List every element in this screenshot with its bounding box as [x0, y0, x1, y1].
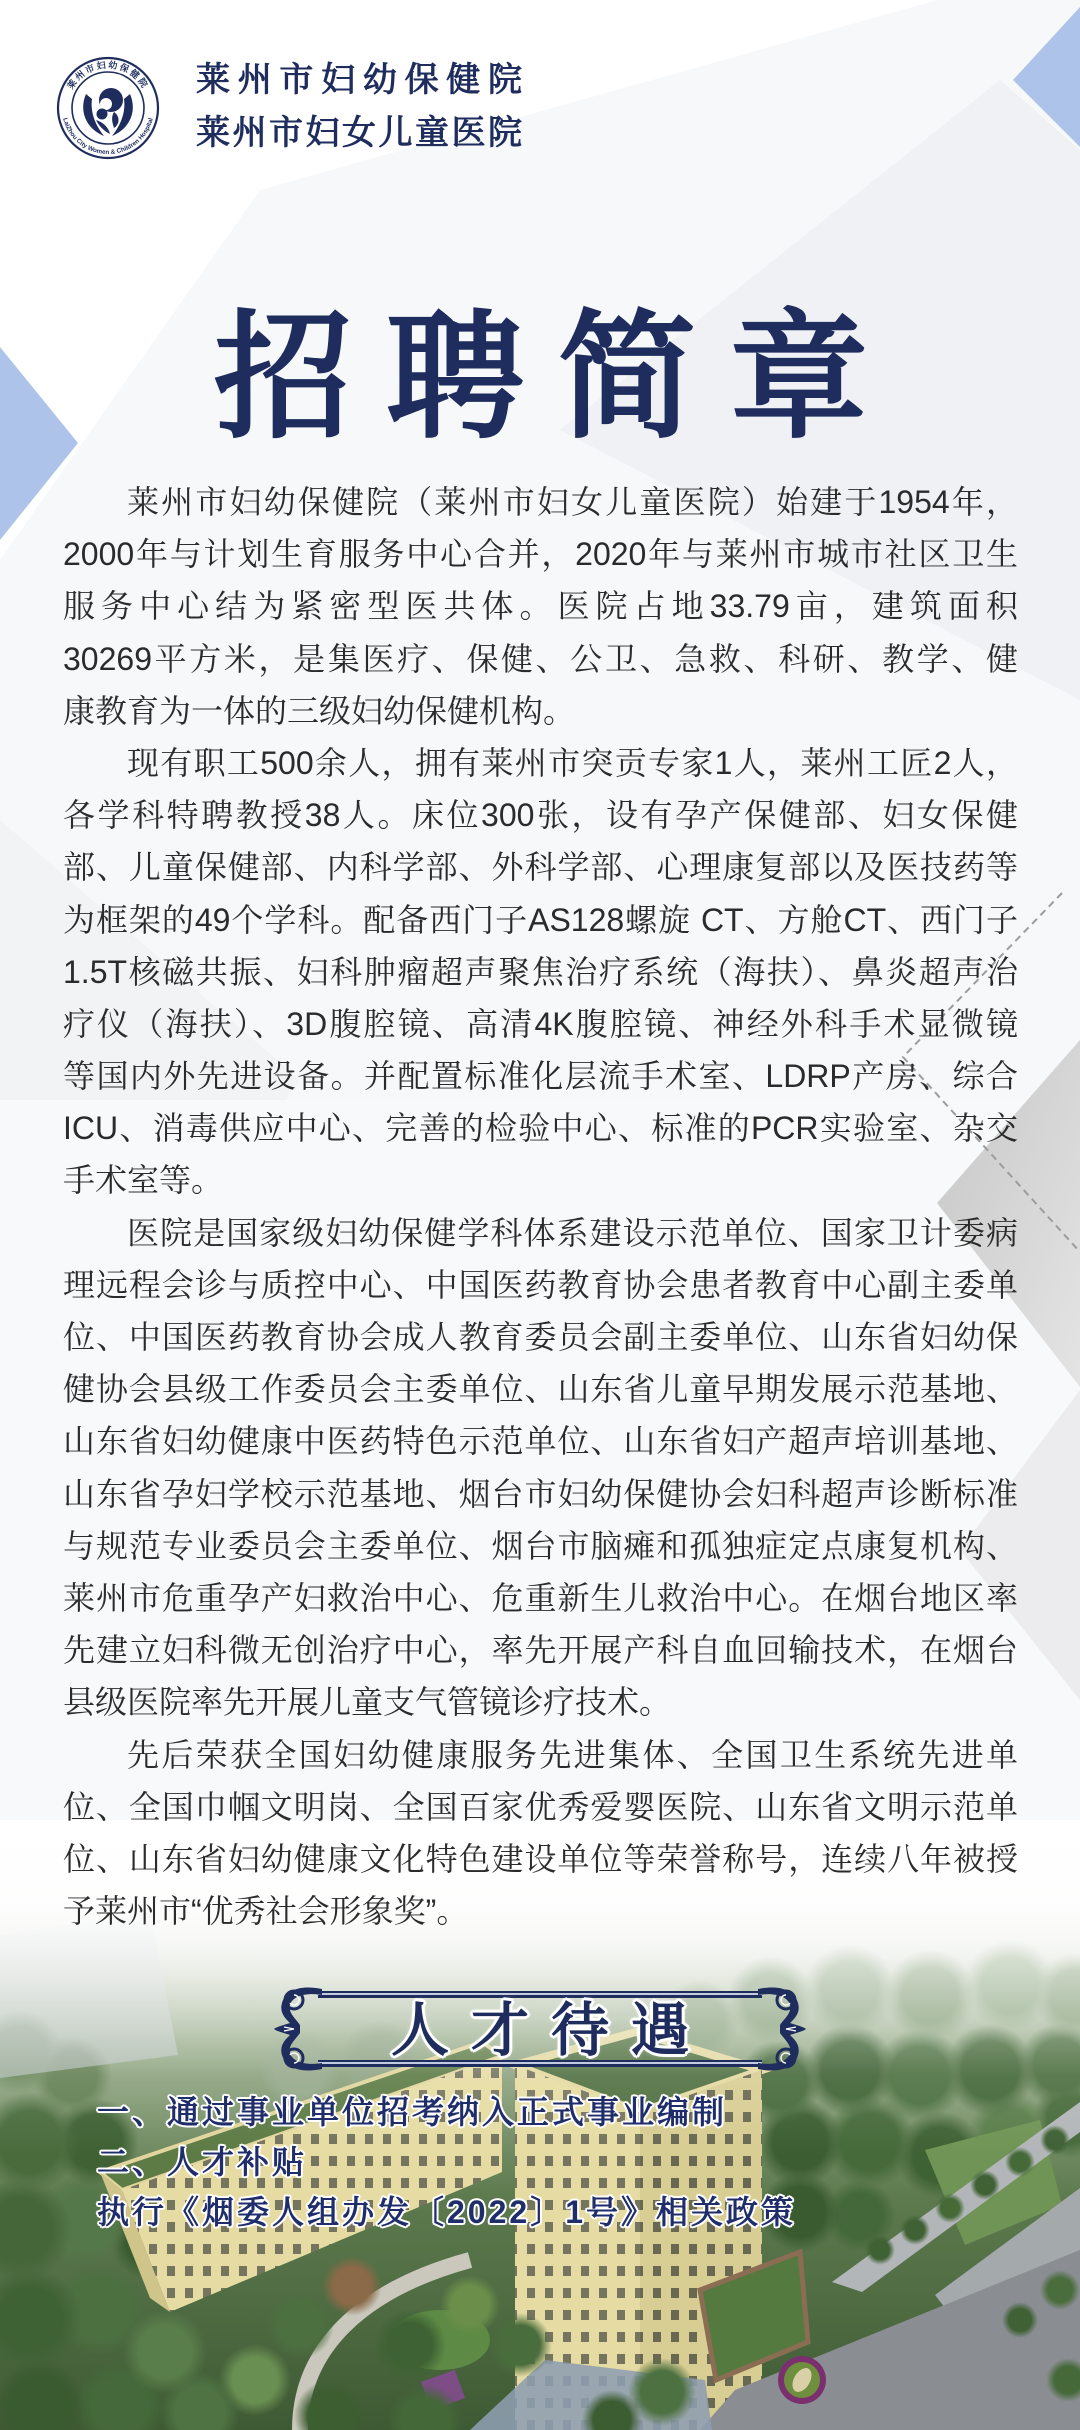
paragraph-line: 服务中心结为紧密型医共体。医院占地33.79亩，建筑面积	[63, 580, 1018, 632]
paragraph-line: 康教育为一体的三级妇幼保健机构。	[63, 685, 1018, 737]
intro-paragraph-history: 莱州市妇幼保健院（莱州市妇女儿童医院）始建于1954年， 2000年与计划生育服…	[63, 476, 1018, 737]
banner-rule-top	[318, 1991, 762, 1998]
institution-names: 莱州市妇幼保健院 莱州市妇女儿童医院	[196, 54, 522, 160]
paragraph-line: 山东省妇幼健康中医药特色示范单位、山东省妇产超声培训基地、	[63, 1415, 1018, 1467]
scroll-ornament-right-icon	[756, 1983, 808, 2075]
institution-name-primary: 莱州市妇幼保健院	[196, 54, 522, 107]
intro-paragraph-honors: 先后荣获全国妇幼健康服务先进集体、全国卫生系统先进单 位、全国巾帼文明岗、全国百…	[63, 1729, 1018, 1938]
paragraph-line: ICU、消毒供应中心、完善的检验中心、标准的PCR实验室、杂交	[63, 1102, 1018, 1154]
paragraph-line: 健协会县级工作委员会主委单位、山东省儿童早期发展示范基地、	[63, 1363, 1018, 1415]
paragraph-line: 位、全国巾帼文明岗、全国百家优秀爱婴医院、山东省文明示范单	[63, 1781, 1018, 1833]
paragraph-line: 莱州市危重孕产妇救治中心、危重新生儿救治中心。在烟台地区率	[63, 1572, 1018, 1624]
scroll-ornament-left-icon	[272, 1983, 324, 2075]
paragraph-line: 各学科特聘教授38人。床位300张，设有孕产保健部、妇女保健	[63, 789, 1018, 841]
hospital-introduction: 莱州市妇幼保健院（莱州市妇女儿童医院）始建于1954年， 2000年与计划生育服…	[63, 476, 1018, 1937]
paragraph-line: 位、山东省妇幼健康文化特色建设单位等荣誉称号，连续八年被授	[63, 1833, 1018, 1885]
intro-paragraph-designations: 医院是国家级妇幼保健学科体系建设示范单位、国家卫计委病 理远程会诊与质控中心、中…	[63, 1207, 1018, 1729]
benefit-item: 二、人才补贴	[97, 2137, 796, 2187]
intro-paragraph-staff-equipment: 现有职工500余人，拥有莱州市突贡专家1人，莱州工匠2人， 各学科特聘教授38人…	[63, 737, 1018, 1207]
paragraph-line: 2000年与计划生育服务中心合并，2020年与莱州市城市社区卫生	[63, 528, 1018, 580]
recruitment-poster: 莱州市妇幼保健院 LaiZhou City Women & Children H…	[0, 0, 1080, 2430]
paragraph-line: 理远程会诊与质控中心、中国医药教育协会患者教育中心副主委单	[63, 1259, 1018, 1311]
institution-name-secondary: 莱州市妇女儿童医院	[196, 107, 522, 160]
paragraph-line: 部、儿童保健部、内科学部、外科学部、心理康复部以及医技药等	[63, 841, 1018, 893]
paragraph-line: 手术室等。	[63, 1154, 1018, 1206]
paragraph-line: 医院是国家级妇幼保健学科体系建设示范单位、国家卫计委病	[63, 1207, 1018, 1259]
paragraph-line: 县级医院率先开展儿童支气管镜诊疗技术。	[63, 1676, 1018, 1728]
benefit-item: 一、通过事业单位招考纳入正式事业编制	[97, 2087, 796, 2137]
paragraph-line: 位、中国医药教育协会成人教育委员会副主委单位、山东省妇幼保	[63, 1311, 1018, 1363]
paragraph-line: 疗仪（海扶）、3D腹腔镜、高清4K腹腔镜、神经外科手术显微镜	[63, 998, 1018, 1050]
paragraph-line: 予莱州市“优秀社会形象奖”。	[63, 1885, 1018, 1937]
paragraph-line: 现有职工500余人，拥有莱州市突贡专家1人，莱州工匠2人，	[63, 737, 1018, 789]
paragraph-line: 先建立妇科微无创治疗中心，率先开展产科自血回输技术，在烟台	[63, 1624, 1018, 1676]
paragraph-line: 等国内外先进设备。并配置标准化层流手术室、LDRP产房、综合	[63, 1050, 1018, 1102]
paragraph-line: 与规范专业委员会主委单位、烟台市脑瘫和孤独症定点康复机构、	[63, 1520, 1018, 1572]
paragraph-line: 先后荣获全国妇幼健康服务先进集体、全国卫生系统先进单	[63, 1729, 1018, 1781]
paragraph-line: 山东省孕妇学校示范基地、烟台市妇幼保健协会妇科超声诊断标准	[63, 1468, 1018, 1520]
paragraph-line: 为框架的49个学科。配备西门子AS128螺旋 CT、方舱CT、西门子	[63, 894, 1018, 946]
hospital-logo: 莱州市妇幼保健院 LaiZhou City Women & Children H…	[56, 56, 160, 160]
paragraph-line: 莱州市妇幼保健院（莱州市妇女儿童医院）始建于1954年，	[63, 476, 1018, 528]
benefits-list: 一、通过事业单位招考纳入正式事业编制 二、人才补贴 执行《烟委人组办发〔2022…	[97, 2087, 796, 2237]
benefits-heading: 人才待遇	[318, 1999, 762, 2063]
paragraph-line: 1.5T核磁共振、妇科肿瘤超声聚焦治疗系统（海扶）、鼻炎超声治	[63, 946, 1018, 998]
benefit-item: 执行《烟委人组办发〔2022〕1号》相关政策	[97, 2187, 796, 2237]
paragraph-line: 30269平方米，是集医疗、保健、公卫、急救、科研、教学、健	[63, 633, 1018, 685]
benefits-banner: 人才待遇	[272, 1983, 808, 2075]
page-title: 招聘简章	[214, 303, 868, 453]
